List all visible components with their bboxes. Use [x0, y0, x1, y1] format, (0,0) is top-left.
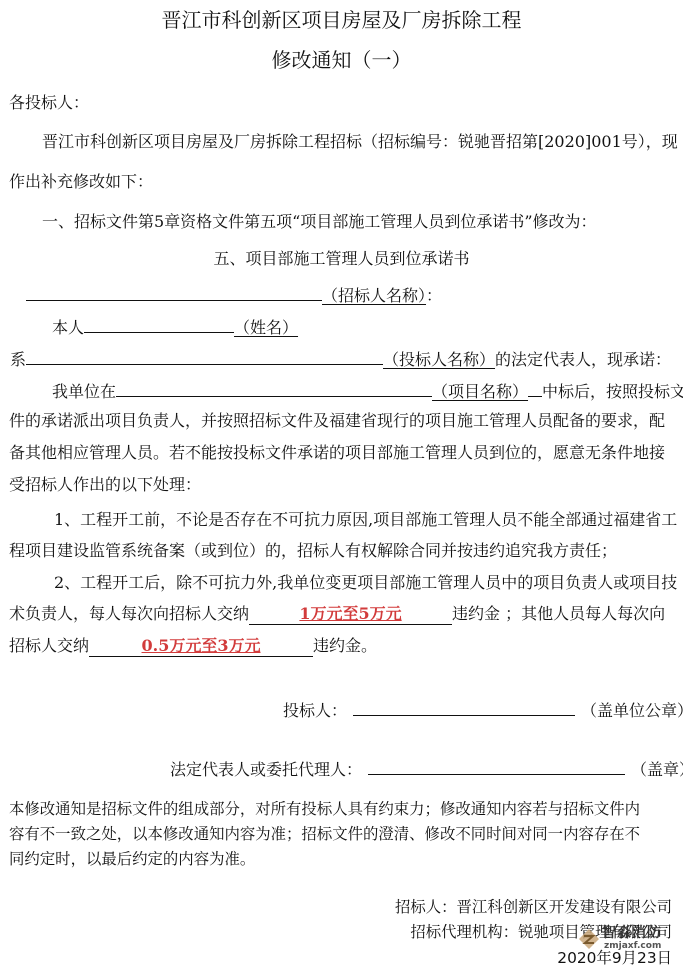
intro-line-1: 晋江市科创新区项目房屋及厂房拆除工程招标（招标编号：锐驰晋招第[2020]001… [42, 132, 678, 152]
rep-seal-blank[interactable] [368, 758, 625, 775]
clause-2-line-1: 2、工程开工后，除不可抗力外,我单位变更项目部施工管理人员中的项目负责人或项目技 [54, 573, 677, 593]
our-unit-prefix: 我单位在 [52, 382, 116, 401]
bidder-sign-label: 投标人： [283, 701, 347, 720]
para-line-4: 受招标人作出的以下处理： [9, 475, 201, 495]
clause-2-prefix: 术负责人，每人每次向招标人交纳 [9, 604, 249, 623]
bidder-signature-line: 投标人：（盖单位公章） [283, 699, 683, 721]
document-title: 晋江市科创新区项目房屋及厂房拆除工程 [0, 8, 683, 32]
notice-line-2: 容有不一致之处，以本修改通知内容为准；招标文件的澄清、修改不同时间对同一内容存在… [9, 824, 640, 844]
after-win-text: 中标后，按照投标文 [542, 382, 683, 401]
clause-2-line-3: 招标人交纳0.5万元至3万元违约金。 [9, 636, 377, 657]
project-name-line: 我单位在（项目名称）中标后，按照投标文 [52, 380, 683, 402]
clause-1-line-2: 程项目建设监管系统备案（或到位）的，招标人有权解除合同并按违约追究我方责任； [9, 541, 617, 561]
rep-sign-label: 法定代表人或委托代理人： [170, 760, 362, 779]
watermark-url: zmjaxf.com [604, 941, 661, 951]
penalty-other-personnel: 0.5万元至3万元 [142, 636, 261, 655]
person-name-blank[interactable] [84, 316, 234, 333]
legal-rep-text: 的法定代表人，现承诺： [495, 350, 671, 369]
bidder-name-label: （投标人名称） [383, 350, 495, 369]
commitment-letter-title: 五、项目部施工管理人员到位承诺书 [0, 249, 683, 269]
watermark: 智淼消防 zmjaxf.com [578, 922, 668, 962]
rep-signature-line: 法定代表人或委托代理人：（盖章） [170, 758, 683, 780]
salutation: 各投标人： [9, 93, 89, 113]
self-name-line: 本人（姓名） [52, 316, 298, 338]
watermark-name: 智淼消防 [602, 922, 662, 942]
tenderer-name-label: （招标人名称） [322, 286, 426, 305]
tenderer-name-blank[interactable] [26, 284, 322, 301]
clause-2-line-3-suffix: 违约金。 [313, 636, 377, 655]
is-prefix: 系 [10, 350, 26, 369]
bidder-name-line: 系（投标人名称）的法定代表人，现承诺： [10, 348, 671, 370]
notice-line-3: 同约定时，以最后约定的内容为准。 [9, 849, 255, 869]
project-name-blank[interactable] [116, 380, 432, 397]
logo-icon [578, 928, 600, 950]
name-label: （姓名） [234, 318, 298, 337]
clause-1-line-1: 1、工程开工前，不论是否存在不可抗力原因,项目部施工管理人员不能全部通过福建省工 [54, 510, 677, 530]
notice-line-1: 本修改通知是招标文件的组成部分，对所有投标人具有约束力；修改通知内容若与招标文件… [9, 799, 640, 819]
self-prefix: 本人 [52, 318, 84, 337]
tenderer-name-line: （招标人名称）： [26, 284, 442, 306]
bidder-name-blank[interactable] [26, 348, 383, 365]
penalty-other-blank: 0.5万元至3万元 [89, 636, 313, 657]
rep-seal-label: （盖章） [631, 760, 683, 779]
colon: ： [426, 286, 442, 305]
para-line-3: 备其他相应管理人员。若不能按投标文件承诺的项目部施工管理人员到位的，愿意无条件地… [9, 443, 665, 463]
blank-tail [528, 380, 542, 397]
clause-2-suffix: 违约金 ；其他人员每人每次向 [452, 604, 665, 623]
intro-line-2: 作出补充修改如下： [9, 172, 153, 192]
clause-2-line-2: 术负责人，每人每次向招标人交纳1万元至5万元违约金 ；其他人员每人每次向 [9, 604, 665, 625]
document-subtitle: 修改通知（一） [0, 48, 683, 72]
para-line-2: 件的承诺派出项目负责人，并按照招标文件及福建省现行的项目施工管理人员配备的要求，… [9, 411, 665, 431]
project-name-label: （项目名称） [432, 382, 528, 401]
bidder-seal-blank[interactable] [353, 699, 575, 716]
issuer: 招标人：晋江科创新区开发建设有限公司 [395, 897, 672, 917]
penalty-key-personnel: 1万元至5万元 [299, 604, 401, 623]
penalty-key-blank: 1万元至5万元 [249, 604, 452, 625]
bidder-seal-label: （盖单位公章） [581, 701, 683, 720]
clause-2-line-3-prefix: 招标人交纳 [9, 636, 89, 655]
amendment-item-1: 一、招标文件第5章资格文件第五项“项目部施工管理人员到位承诺书”修改为： [42, 212, 597, 232]
